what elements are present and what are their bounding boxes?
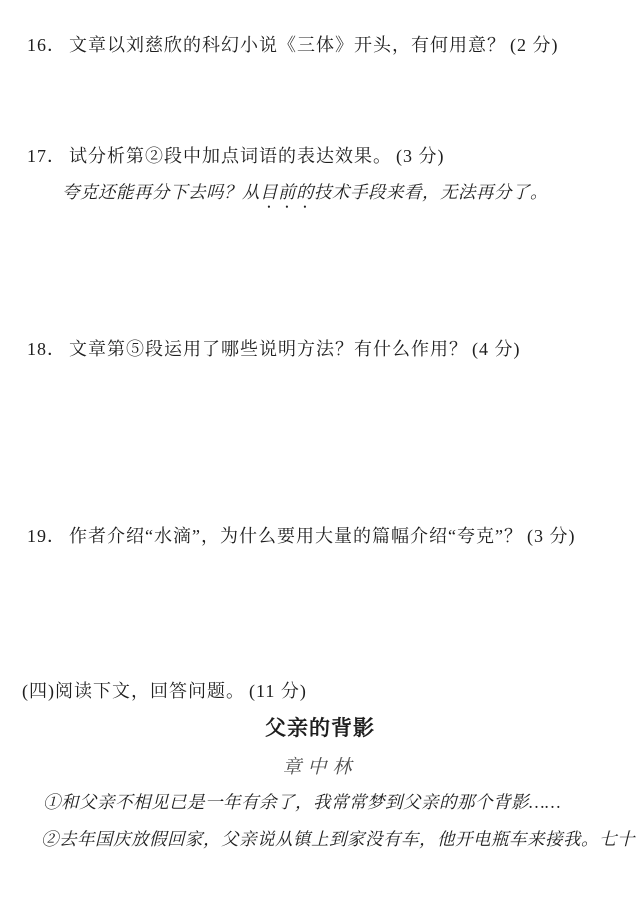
question-18-text: 文章第⑤段运用了哪些说明方法？有什么作用？ (69, 339, 468, 359)
quote-after: 技术手段来看，无法再分了。 (314, 182, 548, 202)
question-17-text: 试分析第②段中加点词语的表达效果。 (69, 146, 392, 166)
question-19-score: (3 分) (527, 522, 576, 548)
question-16: 16．文章以刘慈欣的科幻小说《三体》开头，有何用意？(2 分) (27, 31, 559, 57)
question-17: 17．试分析第②段中加点词语的表达效果。(3 分) (27, 142, 445, 168)
question-16-score: (2 分) (510, 31, 559, 57)
question-18-number: 18． (27, 335, 66, 361)
passage-paragraph-1: ①和父亲不相见已是一年有余了，我常常梦到父亲的那个背影…… (43, 789, 561, 814)
quote-before: 夸克还能再分下去吗？从 (62, 182, 260, 202)
section-4-text: (四)阅读下文，回答问题。 (22, 681, 245, 701)
exam-paper-page: 16．文章以刘慈欣的科幻小说《三体》开头，有何用意？(2 分) 17．试分析第②… (0, 0, 640, 898)
passage-title: 父亲的背影 (0, 712, 640, 742)
question-16-text: 文章以刘慈欣的科幻小说《三体》开头，有何用意？ (69, 35, 506, 55)
section-4-heading: (四)阅读下文，回答问题。(11 分) (22, 677, 307, 703)
question-19: 19．作者介绍“水滴”，为什么要用大量的篇幅介绍“夸克”？(3 分) (27, 522, 575, 548)
question-19-text: 作者介绍“水滴”，为什么要用大量的篇幅介绍“夸克”？ (69, 526, 523, 546)
passage-paragraph-2: ②去年国庆放假回家，父亲说从镇上到家没有车，他开电瓶车来接我。七十 (41, 826, 635, 851)
passage-author: 章中林 (0, 752, 640, 779)
question-17-number: 17． (27, 142, 66, 168)
question-18-score: (4 分) (472, 335, 521, 361)
quoted-sentence: 夸克还能再分下去吗？从目前的技术手段来看，无法再分了。 (62, 179, 548, 212)
quote-emphasized-words: 目前的 (260, 182, 314, 202)
question-16-number: 16． (27, 31, 66, 57)
question-19-number: 19． (27, 522, 66, 548)
question-17-score: (3 分) (396, 142, 445, 168)
question-18: 18．文章第⑤段运用了哪些说明方法？有什么作用？(4 分) (27, 335, 521, 361)
section-4-score: (11 分) (249, 677, 307, 703)
